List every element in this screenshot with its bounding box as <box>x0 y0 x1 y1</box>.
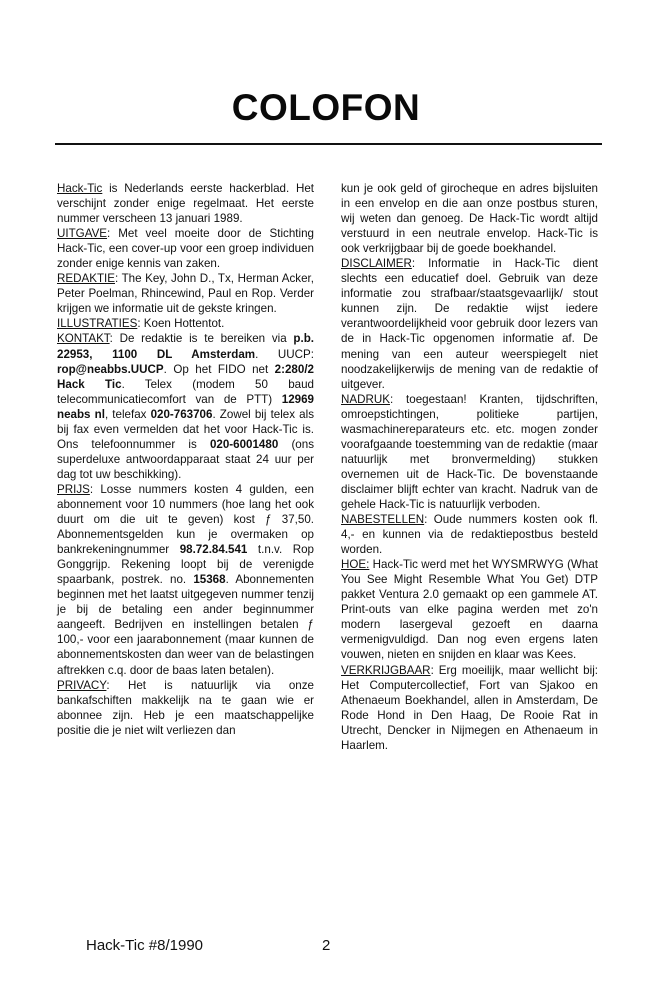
title-divider <box>55 143 602 145</box>
bold-text: 15368 <box>193 573 225 586</box>
section-heading: DISCLAIMER <box>341 257 412 270</box>
section-heading: ILLUSTRATIES <box>57 317 137 330</box>
paragraph-verkrijgbaar: VERKRIJGBAAR: Erg moeilijk, maar wellich… <box>341 663 598 753</box>
bold-text: 98.72.84.541 <box>180 543 248 556</box>
paragraph-redaktie: REDAKTIE: The Key, John D., Tx, Herman A… <box>57 271 314 316</box>
right-column: kun je ook geld of girocheque en adres b… <box>341 181 598 753</box>
paragraph-disclaimer: DISCLAIMER: Informatie in Hack-Tic dient… <box>341 256 598 391</box>
body-text: , telefax <box>105 408 151 421</box>
paragraph-continued: kun je ook geld of girocheque en adres b… <box>341 181 598 256</box>
bold-text: rop@neabbs.UUCP <box>57 363 164 376</box>
document-page: COLOFON Hack-Tic is Nederlands eerste ha… <box>0 0 652 995</box>
section-heading: NADRUK <box>341 393 390 406</box>
body-text: : toegestaan! Kranten, tijdschriften, om… <box>341 393 598 511</box>
body-text: kun je ook geld of girocheque en adres b… <box>341 182 598 255</box>
section-heading: PRIJS <box>57 483 90 496</box>
page-number: 2 <box>322 937 330 954</box>
body-text: : De redaktie is te bereiken via <box>110 332 294 345</box>
paragraph-hoe: HOE: Hack-Tic werd met het WYSMRWYG (Wha… <box>341 557 598 662</box>
paragraph-nadruk: NADRUK: toegestaan! Kranten, tijdschrift… <box>341 392 598 512</box>
section-heading: PRIVACY <box>57 679 106 692</box>
section-heading: UITGAVE <box>57 227 107 240</box>
paragraph-kontakt: KONTAKT: De redaktie is te bereiken via … <box>57 331 314 481</box>
body-text: . Op het FIDO net <box>164 363 275 376</box>
body-text: Hack-Tic werd met het WYSMRWYG (What You… <box>341 558 598 661</box>
section-heading: NABESTELLEN <box>341 513 424 526</box>
body-text: . UUCP: <box>255 348 314 361</box>
section-heading: VERKRIJGBAAR <box>341 664 431 677</box>
left-column: Hack-Tic is Nederlands eerste hackerblad… <box>57 181 314 738</box>
bold-text: 020-763706 <box>151 408 213 421</box>
footer-issue: Hack-Tic #8/1990 <box>86 937 203 954</box>
paragraph-nabestellen: NABESTELLEN: Oude nummers kosten ook fl.… <box>341 512 598 557</box>
bold-text: 020-6001480 <box>210 438 278 451</box>
section-heading: Hack-Tic <box>57 182 102 195</box>
section-heading: HOE: <box>341 558 369 571</box>
paragraph-uitgave: UITGAVE: Met veel moeite door de Stichti… <box>57 226 314 271</box>
paragraph-privacy: PRIVACY: Het is natuurlijk via onze bank… <box>57 678 314 738</box>
paragraph-prijs: PRIJS: Losse nummers kosten 4 gulden, ee… <box>57 482 314 678</box>
body-text: . Abonnementen beginnen met het laatst u… <box>57 573 314 676</box>
paragraph-hack-tic: Hack-Tic is Nederlands eerste hackerblad… <box>57 181 314 226</box>
section-heading: REDAKTIE <box>57 272 115 285</box>
page-title: COLOFON <box>0 86 652 130</box>
section-heading: KONTAKT <box>57 332 110 345</box>
body-text: : Informatie in Hack-Tic dient slechts e… <box>341 257 598 390</box>
paragraph-illustraties: ILLUSTRATIES: Koen Hottentot. <box>57 316 314 331</box>
body-text: : Koen Hottentot. <box>137 317 224 330</box>
